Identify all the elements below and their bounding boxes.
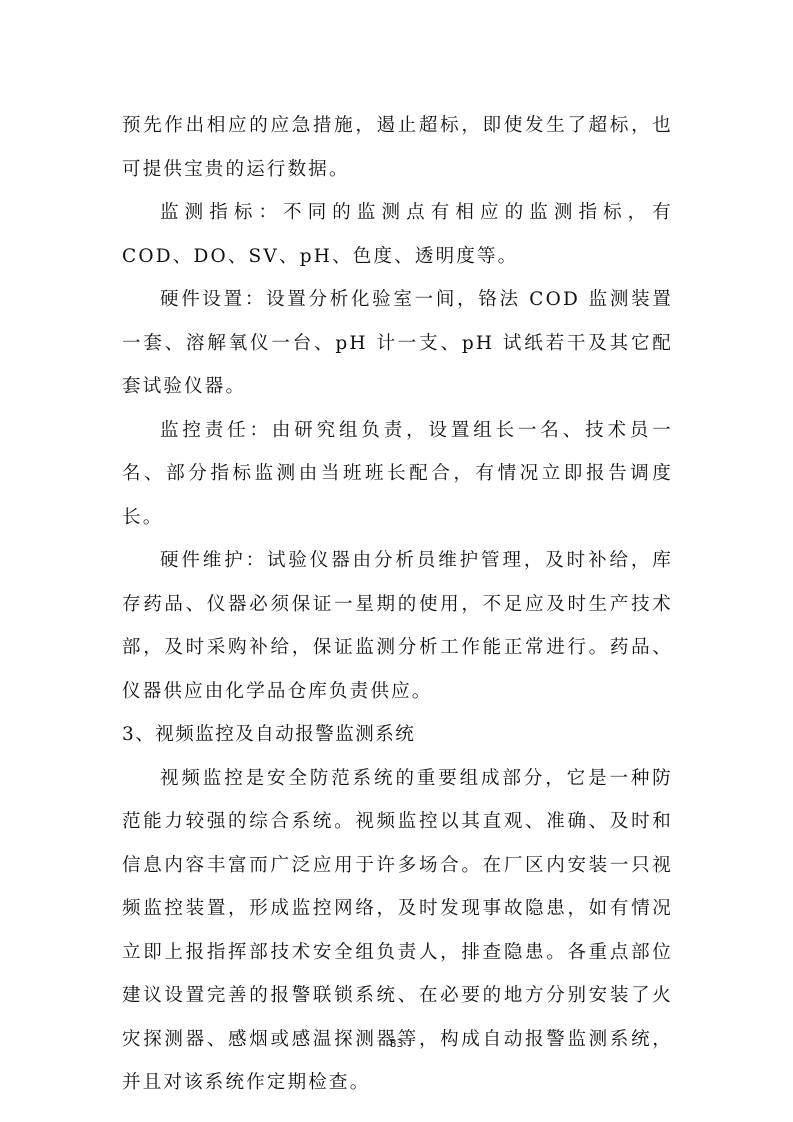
paragraph-monitoring-indicators: 监测指标：不同的监测点有相应的监测指标，有 COD、DO、SV、pH、色度、透明… <box>122 191 673 278</box>
document-page: 预先作出相应的应急措施，遏止超标，即使发生了超标，也可提供宝贵的运行数据。 监测… <box>0 0 793 1122</box>
page-body: 预先作出相应的应急措施，遏止超标，即使发生了超标，也可提供宝贵的运行数据。 监测… <box>122 104 673 1105</box>
paragraph-hardware-maintenance: 硬件维护：试验仪器由分析员维护管理，及时补给，库存药品、仪器必须保证一星期的使用… <box>122 539 673 713</box>
section-heading: 3、视频监控及自动报警监测系统 <box>122 713 673 757</box>
page-number: 83 <box>0 1037 793 1050</box>
paragraph-emergency-data: 预先作出相应的应急措施，遏止超标，即使发生了超标，也可提供宝贵的运行数据。 <box>122 104 673 191</box>
paragraph-hardware-setup: 硬件设置：设置分析化验室一间，铬法 COD 监测装置一套、溶解氧仪一台、pH 计… <box>122 278 673 409</box>
paragraph-monitoring-responsibility: 监控责任：由研究组负责，设置组长一名、技术员一名、部分指标监测由当班班长配合，有… <box>122 409 673 540</box>
paragraph-video-surveillance: 视频监控是安全防范系统的重要组成部分，它是一种防范能力较强的综合系统。视频监控以… <box>122 757 673 1105</box>
